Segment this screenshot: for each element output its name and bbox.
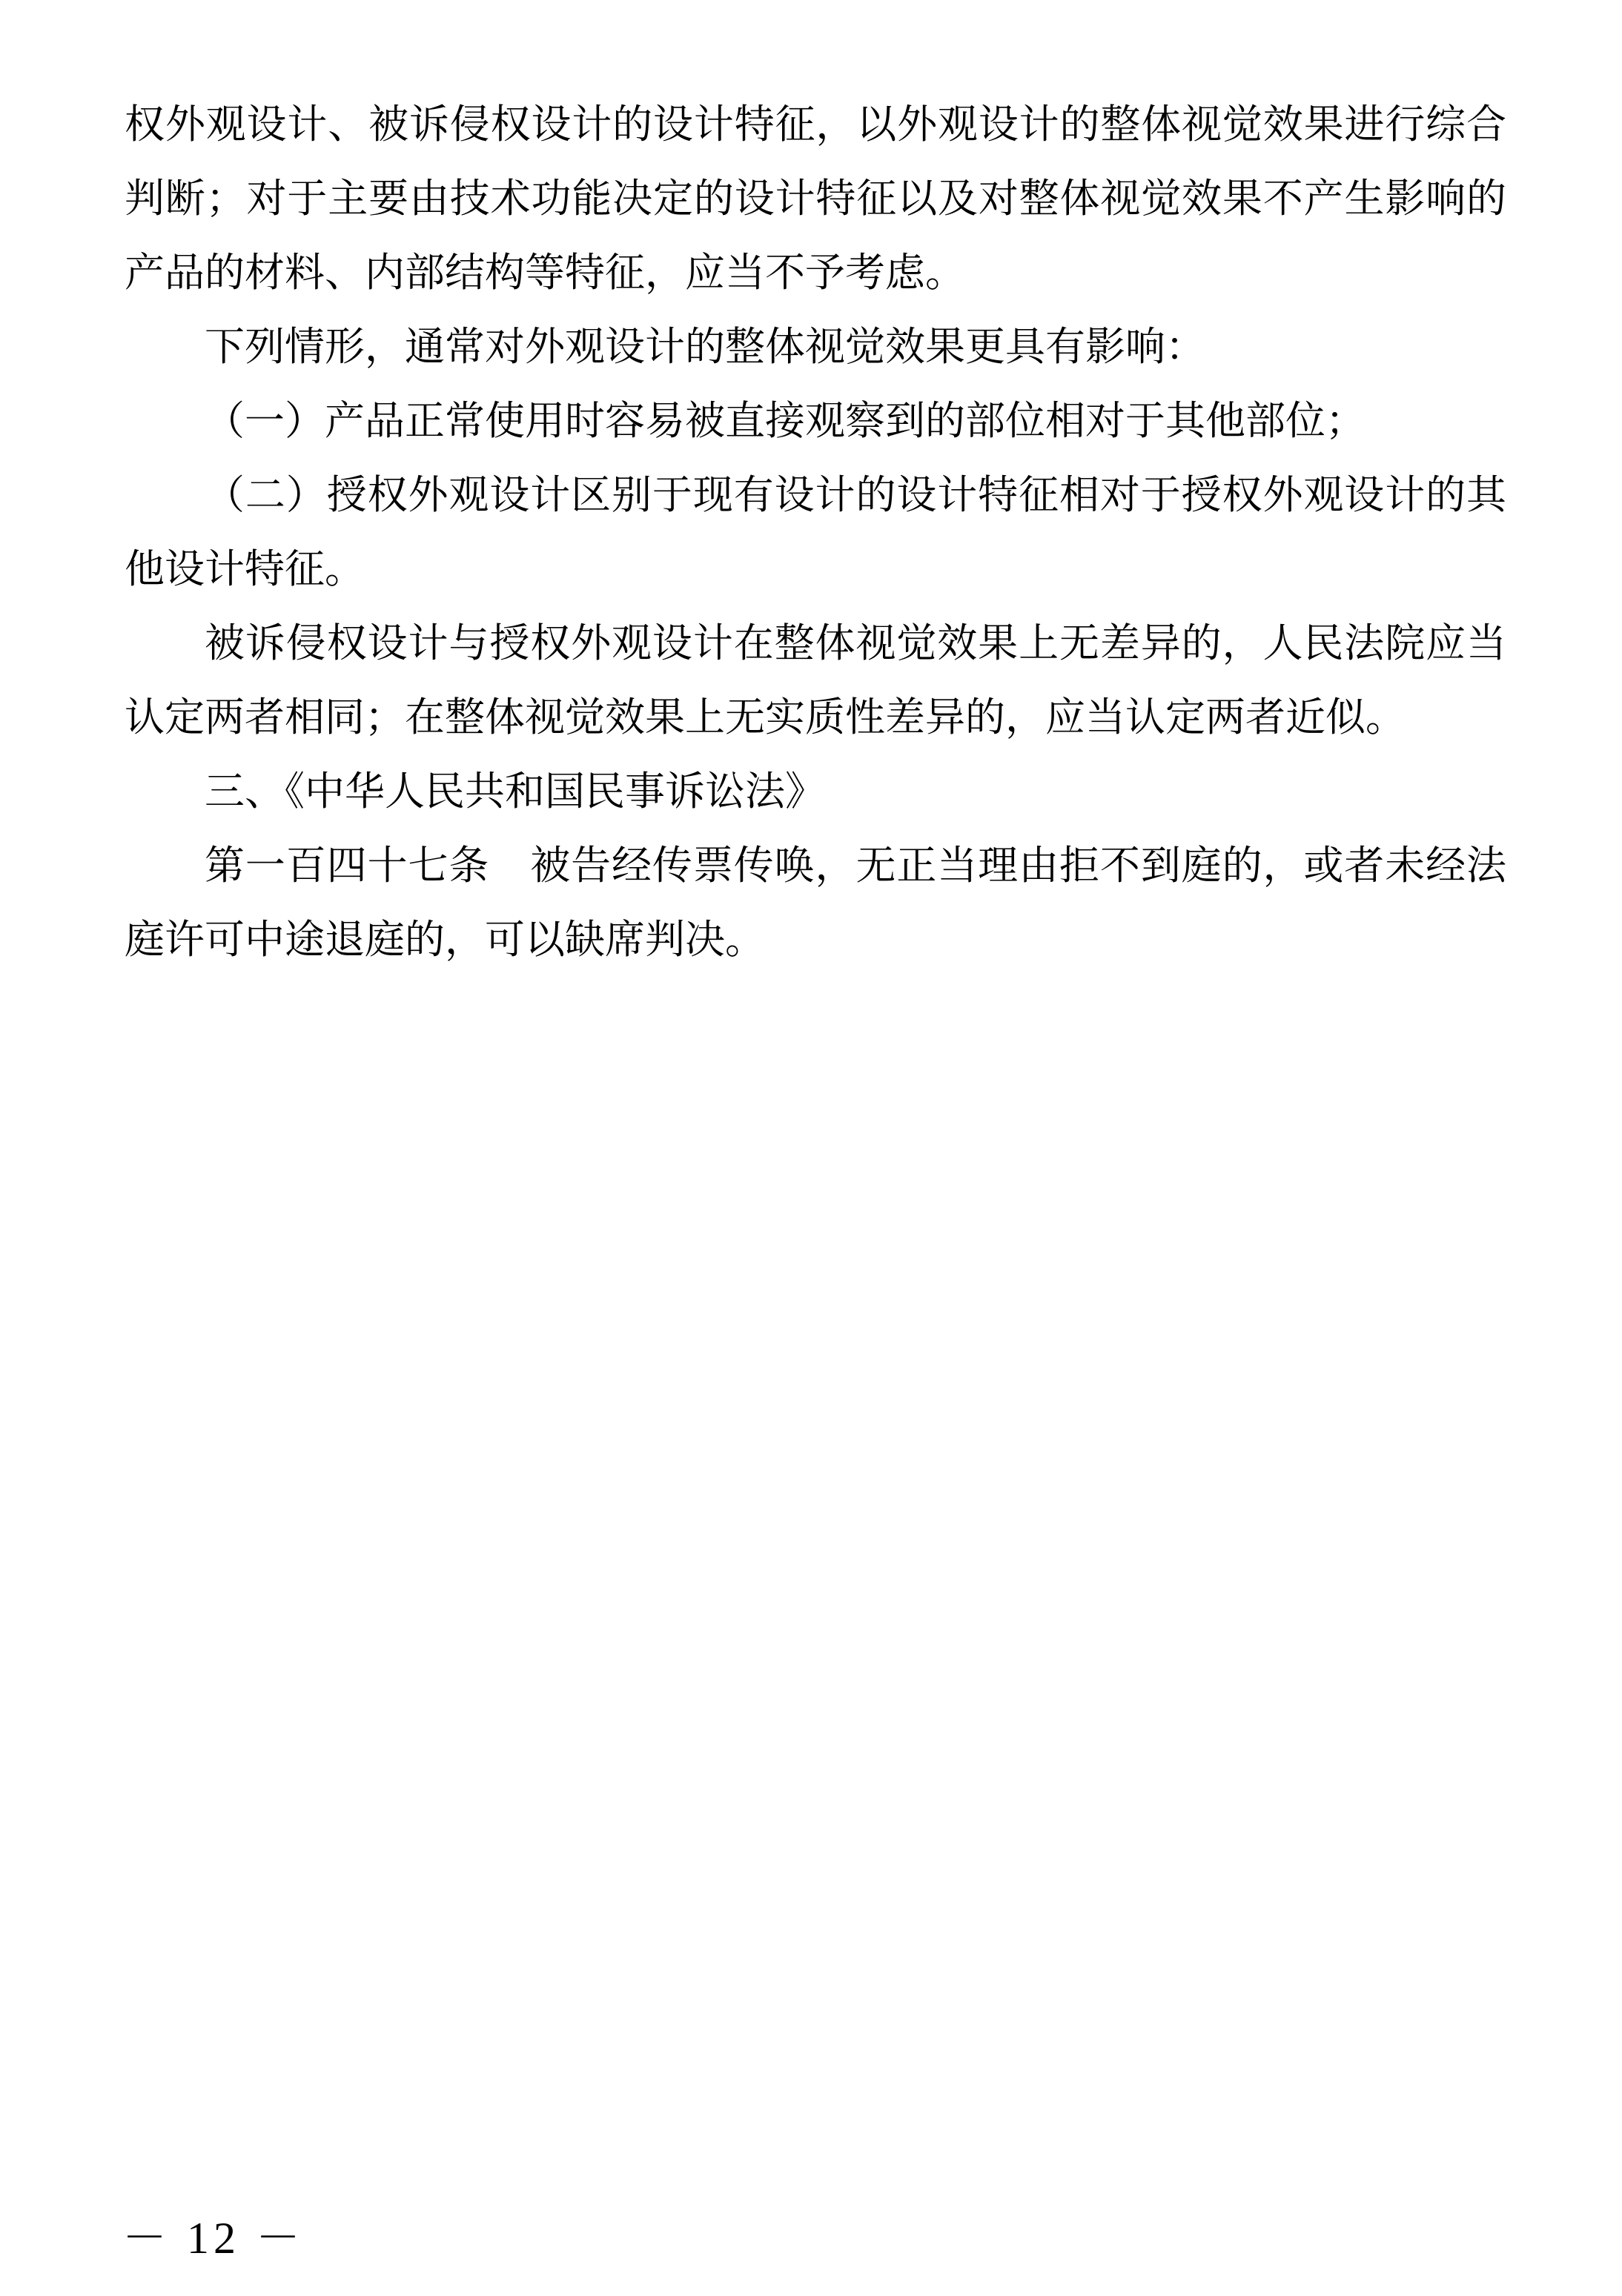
paragraph-article-147: 第一百四十七条 被告经传票传唤，无正当理由拒不到庭的，或者未经法庭许可中途退庭的… <box>125 829 1506 977</box>
section-heading-civil-procedure-law: 三、《中华人民共和国民事诉讼法》 <box>125 754 1506 829</box>
paragraph-identical-similar-rule: 被诉侵权设计与授权外观设计在整体视觉效果上无差异的，人民法院应当认定两者相同；在… <box>125 606 1506 754</box>
paragraph-item-two: （二）授权外观设计区别于现有设计的设计特征相对于授权外观设计的其他设计特征。 <box>125 458 1506 606</box>
paragraph-design-feature-judgment: 权外观设计、被诉侵权设计的设计特征，以外观设计的整体视觉效果进行综合判断；对于主… <box>125 87 1506 310</box>
document-body: 权外观设计、被诉侵权设计的设计特征，以外观设计的整体视觉效果进行综合判断；对于主… <box>125 87 1506 977</box>
page-number: － 12 － <box>122 2203 305 2266</box>
paragraph-influence-situations-intro: 下列情形，通常对外观设计的整体视觉效果更具有影响： <box>125 310 1506 384</box>
paragraph-item-one: （一）产品正常使用时容易被直接观察到的部位相对于其他部位； <box>125 384 1506 458</box>
